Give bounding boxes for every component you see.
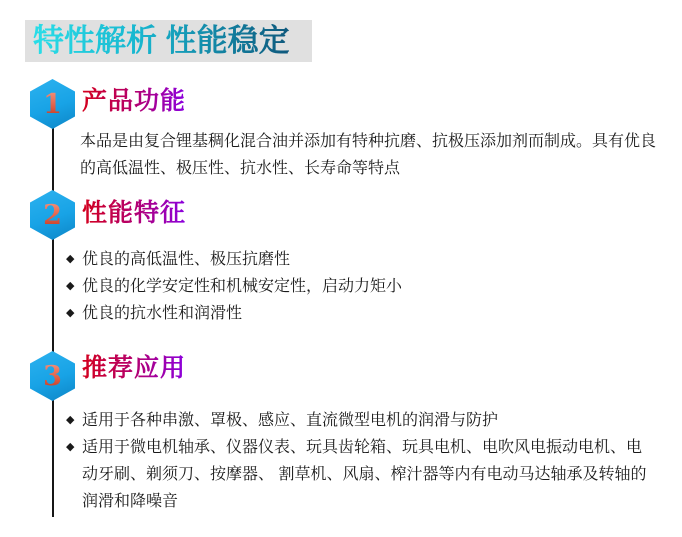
badge-number-1: 1 bbox=[43, 91, 62, 118]
list-item: ◆ 优良的高低温性、极压抗磨性 bbox=[66, 246, 650, 273]
diamond-bullet-icon: ◆ bbox=[66, 300, 76, 327]
timeline-connector-line bbox=[52, 126, 54, 517]
list-item-text: 优良的化学安定性和机械安定性，启动力矩小 bbox=[82, 273, 650, 300]
hexagon-badge-1: 1 bbox=[30, 79, 75, 129]
section-heading-performance: 性能特征 bbox=[82, 198, 186, 228]
hexagon-badge-3: 3 bbox=[30, 351, 75, 401]
list-item: ◆ 适用于各种串激、罩极、感应、直流微型电机的润滑与防护 bbox=[66, 407, 650, 434]
hexagon-badge-2: 2 bbox=[30, 190, 75, 240]
diamond-bullet-icon: ◆ bbox=[66, 273, 76, 300]
list-item: ◆ 优良的抗水性和润滑性 bbox=[66, 300, 650, 327]
list-item-text: 优良的高低温性、极压抗磨性 bbox=[82, 246, 650, 273]
list-item-text: 优良的抗水性和润滑性 bbox=[82, 300, 650, 327]
section-heading-product-function: 产品功能 bbox=[82, 86, 186, 116]
product-function-paragraph: 本品是由复合锂基稠化混合油并添加有特种抗磨、抗极压添加剂而制成。具有优良的高低温… bbox=[80, 128, 660, 182]
diamond-bullet-icon: ◆ bbox=[66, 407, 76, 434]
badge-number-3: 3 bbox=[43, 363, 62, 390]
applications-bullet-list: ◆ 适用于各种串激、罩极、感应、直流微型电机的润滑与防护 ◆ 适用于微电机轴承、… bbox=[66, 407, 650, 515]
list-item: ◆ 适用于微电机轴承、仪器仪表、玩具齿轮箱、玩具电机、电吹风电振动电机、电动牙刷… bbox=[66, 434, 650, 515]
list-item-text: 适用于微电机轴承、仪器仪表、玩具齿轮箱、玩具电机、电吹风电振动电机、电动牙刷、剃… bbox=[82, 434, 650, 515]
page-title: 特性解析 性能稳定 bbox=[25, 20, 312, 62]
slide: 特性解析 性能稳定 1 产品功能 本品是由复合锂基稠化混合油并添加有特种抗磨、抗… bbox=[0, 0, 682, 537]
section-heading-applications: 推荐应用 bbox=[82, 353, 186, 383]
diamond-bullet-icon: ◆ bbox=[66, 434, 76, 461]
list-item: ◆ 优良的化学安定性和机械安定性，启动力矩小 bbox=[66, 273, 650, 300]
list-item-text: 适用于各种串激、罩极、感应、直流微型电机的润滑与防护 bbox=[82, 407, 650, 434]
badge-number-2: 2 bbox=[43, 202, 62, 229]
diamond-bullet-icon: ◆ bbox=[66, 246, 76, 273]
performance-bullet-list: ◆ 优良的高低温性、极压抗磨性 ◆ 优良的化学安定性和机械安定性，启动力矩小 ◆… bbox=[66, 246, 650, 327]
title-banner: 特性解析 性能稳定 bbox=[25, 20, 312, 62]
